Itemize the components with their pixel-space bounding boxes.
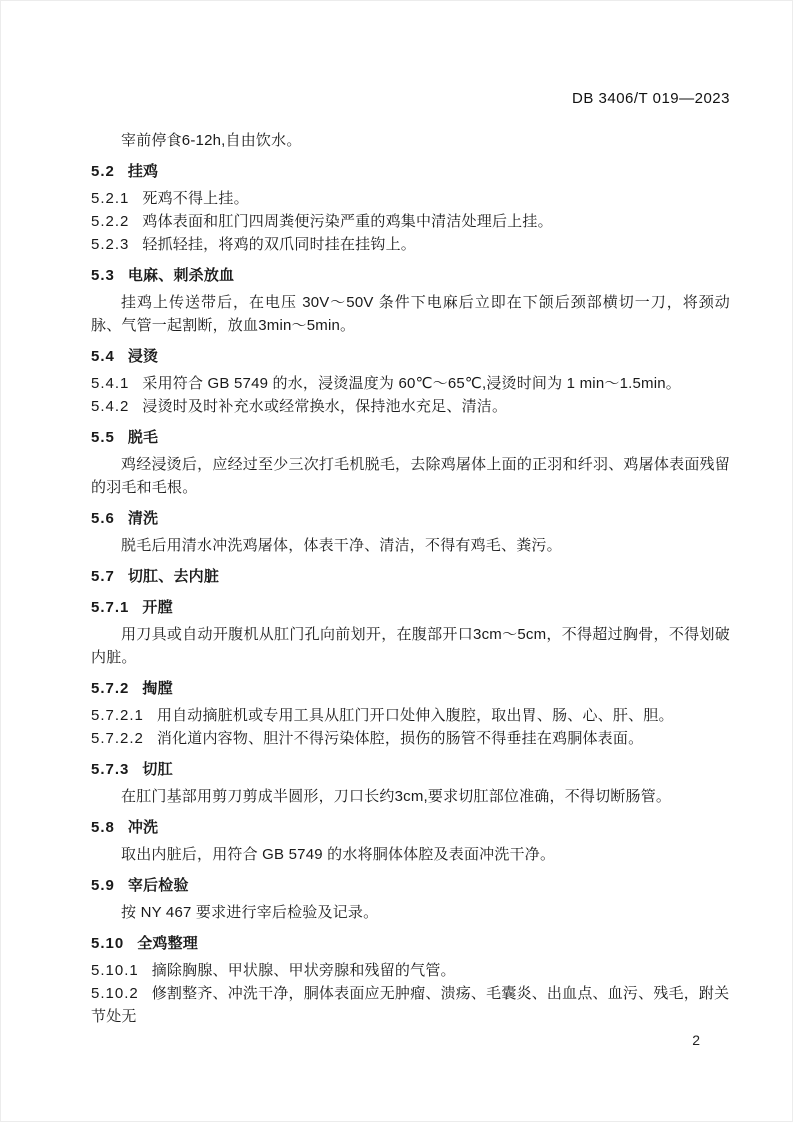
section-number: 5.3 (91, 267, 115, 284)
section-title: 切肛 (142, 761, 172, 778)
clause-number: 5.7.2.1 (91, 707, 144, 724)
document-page: DB 3406/T 019—2023 宰前停食6-12h,自由饮水。 5.2挂鸡… (0, 0, 793, 1122)
clause-number: 5.2.3 (91, 236, 129, 253)
clause-number: 5.10.2 (91, 985, 139, 1002)
section-number: 5.5 (91, 429, 115, 446)
section-number: 5.7.3 (91, 761, 129, 778)
clause-number: 5.2.1 (91, 190, 129, 207)
section-heading: 5.5脱毛 (91, 426, 730, 449)
clause-text: 修割整齐、冲洗干净，胴体表面应无肿瘤、溃疡、毛囊炎、出血点、血污、残毛，跗关节处… (91, 985, 729, 1025)
paragraph: 按 NY 467 要求进行宰后检验及记录。 (91, 901, 730, 924)
section-number: 5.7.1 (91, 599, 129, 616)
section-number: 5.9 (91, 877, 115, 894)
clause: 5.7.2.2消化道内容物、胆汁不得污染体腔，损伤的肠管不得垂挂在鸡胴体表面。 (91, 727, 730, 750)
paragraph: 挂鸡上传送带后，在电压 30V～50V 条件下电麻后立即在下颌后颈部横切一刀，将… (91, 291, 730, 337)
clause-number: 5.4.2 (91, 398, 129, 415)
clause-text: 用自动摘脏机或专用工具从肛门开口处伸入腹腔，取出胃、肠、心、肝、胆。 (157, 707, 674, 724)
section-number: 5.7 (91, 568, 115, 585)
page-number: 2 (692, 1032, 700, 1048)
paragraph: 脱毛后用清水冲洗鸡屠体，体表干净、清洁，不得有鸡毛、粪污。 (91, 534, 730, 557)
clause-text: 死鸡不得上挂。 (142, 190, 248, 207)
section-heading: 5.6清洗 (91, 507, 730, 530)
paragraph: 用刀具或自动开腹机从肛门孔向前划开，在腹部开口3cm～5cm，不得超过胸骨，不得… (91, 623, 730, 669)
clause: 5.4.1采用符合 GB 5749 的水，浸烫温度为 60℃～65℃,浸烫时间为… (91, 372, 730, 395)
clause: 5.10.1摘除胸腺、甲状腺、甲状旁腺和残留的气管。 (91, 959, 730, 982)
clause: 5.2.3轻抓轻挂，将鸡的双爪同时挂在挂钩上。 (91, 233, 730, 256)
section-title: 电麻、刺杀放血 (128, 267, 234, 284)
subsection-heading: 5.7.3切肛 (91, 758, 730, 781)
section-title: 宰后检验 (128, 877, 189, 894)
paragraph: 取出内脏后，用符合 GB 5749 的水将胴体体腔及表面冲洗干净。 (91, 843, 730, 866)
section-heading: 5.4浸烫 (91, 345, 730, 368)
paragraph: 宰前停食6-12h,自由饮水。 (91, 129, 730, 152)
clause: 5.2.2鸡体表面和肛门四周粪便污染严重的鸡集中清洁处理后上挂。 (91, 210, 730, 233)
section-title: 全鸡整理 (137, 935, 198, 952)
clause-text: 轻抓轻挂，将鸡的双爪同时挂在挂钩上。 (142, 236, 416, 253)
clause-text: 摘除胸腺、甲状腺、甲状旁腺和残留的气管。 (152, 962, 456, 979)
section-title: 挂鸡 (128, 163, 158, 180)
section-number: 5.2 (91, 163, 115, 180)
clause-number: 5.4.1 (91, 375, 129, 392)
section-heading: 5.8冲洗 (91, 816, 730, 839)
section-heading: 5.10全鸡整理 (91, 932, 730, 955)
subsection-heading: 5.7.1开膛 (91, 596, 730, 619)
clause: 5.10.2修割整齐、冲洗干净，胴体表面应无肿瘤、溃疡、毛囊炎、出血点、血污、残… (91, 982, 730, 1028)
document-body: 宰前停食6-12h,自由饮水。 5.2挂鸡 5.2.1死鸡不得上挂。 5.2.2… (91, 129, 730, 1028)
section-number: 5.8 (91, 819, 115, 836)
section-number: 5.7.2 (91, 680, 129, 697)
section-heading: 5.7切肛、去内脏 (91, 565, 730, 588)
clause-text: 采用符合 GB 5749 的水，浸烫温度为 60℃～65℃,浸烫时间为 1 mi… (142, 375, 681, 392)
paragraph: 在肛门基部用剪刀剪成半圆形，刀口长约3cm,要求切肛部位准确，不得切断肠管。 (91, 785, 730, 808)
section-heading: 5.3电麻、刺杀放血 (91, 264, 730, 287)
section-heading: 5.9宰后检验 (91, 874, 730, 897)
subsection-heading: 5.7.2掏膛 (91, 677, 730, 700)
clause-text: 消化道内容物、胆汁不得污染体腔，损伤的肠管不得垂挂在鸡胴体表面。 (157, 730, 643, 747)
section-title: 清洗 (128, 510, 158, 527)
clause: 5.2.1死鸡不得上挂。 (91, 187, 730, 210)
section-title: 掏膛 (142, 680, 172, 697)
section-number: 5.10 (91, 935, 124, 952)
section-title: 开膛 (142, 599, 172, 616)
section-heading: 5.2挂鸡 (91, 160, 730, 183)
clause-number: 5.2.2 (91, 213, 129, 230)
section-number: 5.4 (91, 348, 115, 365)
clause-number: 5.7.2.2 (91, 730, 144, 747)
section-title: 脱毛 (128, 429, 158, 446)
section-title: 切肛、去内脏 (128, 568, 219, 585)
section-number: 5.6 (91, 510, 115, 527)
section-title: 冲洗 (128, 819, 158, 836)
clause: 5.4.2浸烫时及时补充水或经常换水，保持池水充足、清洁。 (91, 395, 730, 418)
clause-text: 浸烫时及时补充水或经常换水，保持池水充足、清洁。 (142, 398, 507, 415)
clause-number: 5.10.1 (91, 962, 139, 979)
standard-number-header: DB 3406/T 019—2023 (91, 89, 730, 109)
clause-text: 鸡体表面和肛门四周粪便污染严重的鸡集中清洁处理后上挂。 (142, 213, 552, 230)
paragraph: 鸡经浸烫后，应经过至少三次打毛机脱毛，去除鸡屠体上面的正羽和纤羽、鸡屠体表面残留… (91, 453, 730, 499)
clause: 5.7.2.1用自动摘脏机或专用工具从肛门开口处伸入腹腔，取出胃、肠、心、肝、胆… (91, 704, 730, 727)
section-title: 浸烫 (128, 348, 158, 365)
